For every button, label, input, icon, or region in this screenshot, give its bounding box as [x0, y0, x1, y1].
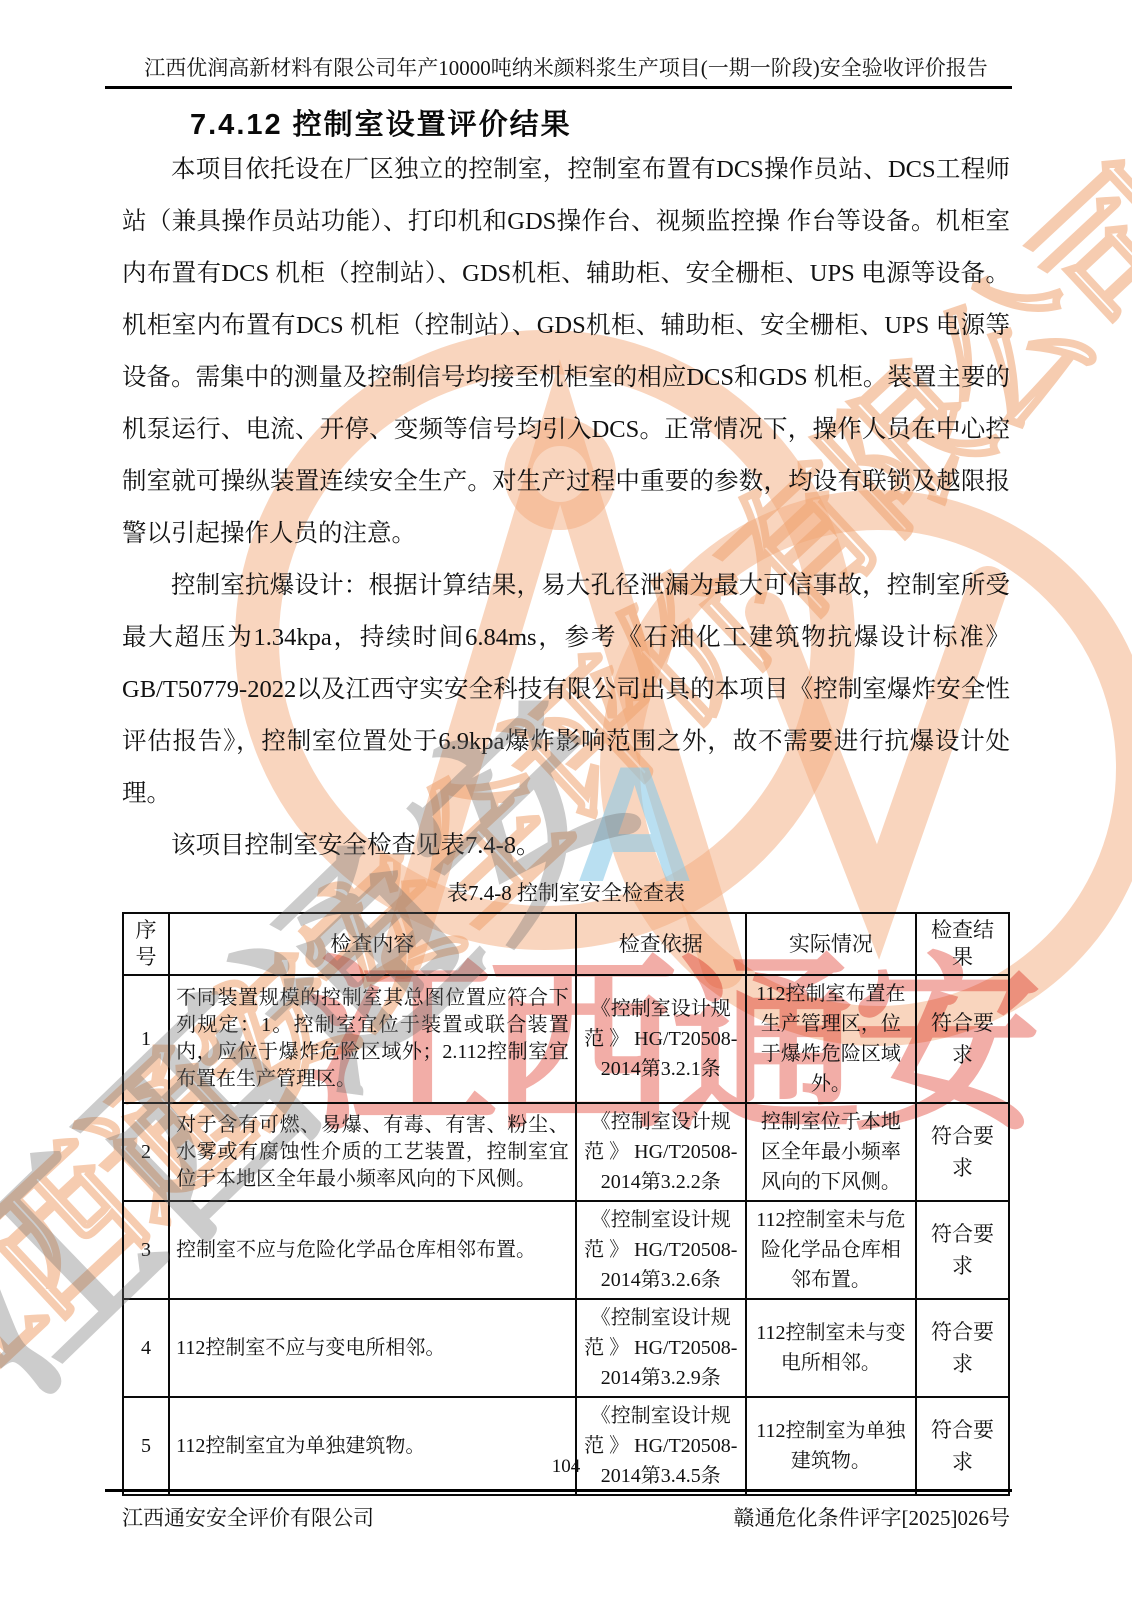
cell-no: 5	[123, 1397, 169, 1495]
table-row: 2 对于含有可燃、易爆、有毒、有害、粉尘、水雾或有腐蚀性介质的工艺装置，控制室宜…	[123, 1103, 1009, 1201]
footer-doc-number: 赣通危化条件评字[2025]026号	[734, 1502, 1011, 1532]
cell-content: 112控制室宜为单独建筑物。	[169, 1397, 576, 1495]
section-title: 7.4.12 控制室设置评价结果	[190, 102, 572, 143]
document-page: 江西通安安全评价有限公司 A 江西优润高新材料有限公司年产10000吨纳米颜料浆…	[0, 0, 1132, 1600]
paragraph-2: 控制室抗爆设计：根据计算结果，易大孔径泄漏为最大可信事故，控制室所受最大超压为1…	[122, 560, 1010, 820]
cell-actual: 112控制室为单独建筑物。	[746, 1397, 916, 1495]
table-row: 5 112控制室宜为单独建筑物。 《控制室设计规范 》 HG/T20508-20…	[123, 1397, 1009, 1495]
cell-result: 符合要求	[916, 1103, 1009, 1201]
cell-basis: 《控制室设计规范 》 HG/T20508-2014第3.2.9条	[576, 1299, 746, 1397]
header-no: 序号	[123, 913, 169, 975]
header-content: 检查内容	[169, 913, 576, 975]
safety-check-table: 序号 检查内容 检查依据 实际情况 检查结果 1 不同装置规模的控制室其总图位置…	[122, 912, 1010, 1496]
cell-result: 符合要求	[916, 975, 1009, 1103]
paragraph-3: 该项目控制室安全检查见表7.4-8。	[122, 820, 1010, 872]
cell-basis: 《控制室设计规范 》 HG/T20508-2014第3.2.6条	[576, 1201, 746, 1299]
cell-basis: 《控制室设计规范 》 HG/T20508-2014第3.4.5条	[576, 1397, 746, 1495]
cell-basis: 《控制室设计规范 》 HG/T20508-2014第3.2.1条	[576, 975, 746, 1103]
table-header-row: 序号 检查内容 检查依据 实际情况 检查结果	[123, 913, 1009, 975]
header-basis: 检查依据	[576, 913, 746, 975]
cell-basis: 《控制室设计规范 》 HG/T20508-2014第3.2.2条	[576, 1103, 746, 1201]
page-number: 104	[0, 1456, 1132, 1478]
page-content: 江西优润高新材料有限公司年产10000吨纳米颜料浆生产项目(一期一阶段)安全验收…	[0, 0, 1132, 1600]
cell-content: 控制室不应与危险化学品仓库相邻布置。	[169, 1201, 576, 1299]
table-caption: 表7.4-8 控制室安全检查表	[122, 878, 1010, 908]
cell-content: 对于含有可燃、易爆、有毒、有害、粉尘、水雾或有腐蚀性介质的工艺装置，控制室宜位于…	[169, 1103, 576, 1201]
cell-result: 符合要求	[916, 1299, 1009, 1397]
cell-actual: 控制室位于本地区全年最小频率风向的下风侧。	[746, 1103, 916, 1201]
cell-actual: 112控制室未与危险化学品仓库相邻布置。	[746, 1201, 916, 1299]
footer-company: 江西通安安全评价有限公司	[122, 1502, 374, 1532]
table-row: 1 不同装置规模的控制室其总图位置应符合下列规定：1。控制室宜位于装置或联合装置…	[123, 975, 1009, 1103]
header-result: 检查结果	[916, 913, 1009, 975]
table-row: 3 控制室不应与危险化学品仓库相邻布置。 《控制室设计规范 》 HG/T2050…	[123, 1201, 1009, 1299]
header-actual: 实际情况	[746, 913, 916, 975]
footer-divider	[105, 1489, 1012, 1492]
cell-content: 不同装置规模的控制室其总图位置应符合下列规定：1。控制室宜位于装置或联合装置内，…	[169, 975, 576, 1103]
document-body: 本项目依托设在厂区独立的控制室，控制室布置有DCS操作员站、DCS工程师站（兼具…	[122, 144, 1010, 1496]
cell-content: 112控制室不应与变电所相邻。	[169, 1299, 576, 1397]
cell-no: 2	[123, 1103, 169, 1201]
cell-actual: 112控制室布置在生产管理区，位于爆炸危险区域外。	[746, 975, 916, 1103]
cell-result: 符合要求	[916, 1397, 1009, 1495]
cell-no: 3	[123, 1201, 169, 1299]
table-row: 4 112控制室不应与变电所相邻。 《控制室设计规范 》 HG/T20508-2…	[123, 1299, 1009, 1397]
cell-actual: 112控制室未与变电所相邻。	[746, 1299, 916, 1397]
cell-no: 4	[123, 1299, 169, 1397]
cell-result: 符合要求	[916, 1201, 1009, 1299]
cell-no: 1	[123, 975, 169, 1103]
running-header: 江西优润高新材料有限公司年产10000吨纳米颜料浆生产项目(一期一阶段)安全验收…	[0, 52, 1132, 82]
header-divider	[105, 86, 1012, 89]
paragraph-1: 本项目依托设在厂区独立的控制室，控制室布置有DCS操作员站、DCS工程师站（兼具…	[122, 144, 1010, 560]
